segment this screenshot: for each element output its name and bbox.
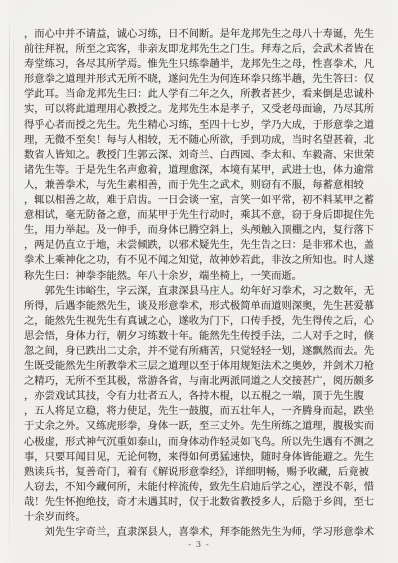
page-number: - 3 - xyxy=(0,540,398,550)
text-line: 之，能然先生视先生有真诚之心，遂收为门下，口传手授，先生得传之后，心 xyxy=(24,314,376,329)
text-line: 十余岁而终。 xyxy=(24,510,376,525)
text-line: 生，用力举起。及一伸手，而身体已腾空斜上，头颅触入顶棚之内，复行落下 xyxy=(24,223,376,238)
text-line: ，五人将足立稳，将力使足，先生一鼓腹，而五壮年人，一齐腾身而起，跌坐 xyxy=(24,404,376,419)
text-line: 心极虚，形式神气沉重如泰山，而身体动作轻灵如飞鸟。所以先生遇有不测之 xyxy=(24,435,376,450)
text-line: 人，兼善拳术，与先生素相善，而于先生之武术，则窃有不服，每蓄意相较 xyxy=(24,178,376,193)
page-edge-artifact-2 xyxy=(13,40,14,503)
text-line: 哉！先生怀抱绝技，奇才未遇其时，仅于北数省教授多人，后隐于乡闾，至七 xyxy=(24,495,376,510)
text-line: 得乎心者而授之先生。先生精心习练，至四十七岁，学乃大成，于形意拳之道 xyxy=(24,118,376,133)
text-line: 于丈余之外。又练虎形拳，身体一跃，至三丈外。先生所练之道理，腹极实而 xyxy=(24,419,376,434)
text-line: 学此耳。当命龙邦先生曰：此人学有二年之久，所教者甚少，看来倒是忠诚朴 xyxy=(24,87,376,102)
text-line: 刘先生字奇兰，直隶深县人，喜拳术，拜李能然先生为师，学习形意拳术 xyxy=(24,525,376,540)
text-line: 寿堂练习，各尽其所学焉。惟先生只练拳趟半，龙邦先生之母，性喜拳术，凡 xyxy=(24,57,376,72)
text-line: 熟读兵书，复善奇门，着有《解说形意拳经》，详细明畅，赐予收藏，后竟被 xyxy=(24,465,376,480)
text-line: 理，无微不至矣！每与人相较，无不随心所欲，手到功成，当时名望甚着，北 xyxy=(24,133,376,148)
text-line: ，而心中并不请益，诚心习练，日不间断。是年龙邦先生之母八十寿诞，先生 xyxy=(24,27,376,42)
page-edge-artifact xyxy=(9,14,10,551)
text-line: 思会悟，身体力行，朝夕习练数十年。能然先生传授手法，二人对手之时，倏 xyxy=(24,329,376,344)
text-line: 郭先生讳峪生，字云深，直隶深县马庄人。幼年好习拳术，习之数年，无 xyxy=(24,284,376,299)
text-line: 之精巧，无所不至其极，常游各省，与南北两派同道之人交接甚广，阅历颇多 xyxy=(24,374,376,389)
text-line: 事，只要耳闻目见，无论何物，来得如何勇猛速快，随时身体皆能避之。先生 xyxy=(24,450,376,465)
text-line: 诸先生等。于是先生名声愈着，道理愈深，本境有某甲，武进士也，体力逾常 xyxy=(24,163,376,178)
text-line: 实，可以将此道理用心教授之。龙邦先生本是孝子，又受老母面谕，乃尽其所 xyxy=(24,102,376,117)
text-line: ，辄以相善之故，难于启齿。一日会谈一室，言笑一如平常，初不料某甲之蓄 xyxy=(24,193,376,208)
text-line: 忽之间，身已跌出二丈余，并不觉有所痛苦，只觉轻轻一划，遂飘然而去。先 xyxy=(24,344,376,359)
text-line: 数省人皆知之。教授门生郭云深、刘奇兰、白西园、李太和、车毅斋、宋世荣 xyxy=(24,148,376,163)
text-line: ，两足仍直立于地，未尝倾跌，以邪术疑先生，先生告之曰：是非邪术也，盖 xyxy=(24,238,376,253)
text-line: 拳术上乘神化之功，有不见不闻之知觉，故神妙若此，非汝之所知也。时人遂 xyxy=(24,253,376,268)
scanned-page: ，而心中并不请益，诚心习练，日不间断。是年龙邦先生之母八十寿诞，先生前往拜祝，所… xyxy=(0,0,398,563)
text-line: 形意拳之道理并形式无所不晓，遂问先生为何连环拳只练半趟，先生答曰：仅 xyxy=(24,72,376,87)
text-line: 生既受能然先生所教拳术三层之道理以至于体用规矩法术之奥妙，并剑术刀枪 xyxy=(24,359,376,374)
text-block: ，而心中并不请益，诚心习练，日不间断。是年龙邦先生之母八十寿诞，先生前往拜祝，所… xyxy=(24,27,376,540)
text-line: ，亦尝戏试其技，令有力壮者五人，各持木棍，以五棍之一端，顶于先生腹 xyxy=(24,389,376,404)
text-line: 称先生曰：神拳李能然。年八十余岁，端坐椅上，一笑而逝。 xyxy=(24,269,376,284)
text-line: 意相试，毫无防备之意，而某甲于先生行动时，乘其不意，窃于身后即捉住先 xyxy=(24,208,376,223)
text-line: 所得，后遇李能然先生，谈及形意拳术，形式极简单而道则深奥，先生甚爱慕 xyxy=(24,299,376,314)
text-line: 人窃去，不知今藏何所，未能付梓流传，致先生启迪后学之心，湮没不彰，惜 xyxy=(24,480,376,495)
text-line: 前往拜祝，所至之宾客，非亲友即龙邦先生之门生。拜寿之后，会武术者皆在 xyxy=(24,42,376,57)
